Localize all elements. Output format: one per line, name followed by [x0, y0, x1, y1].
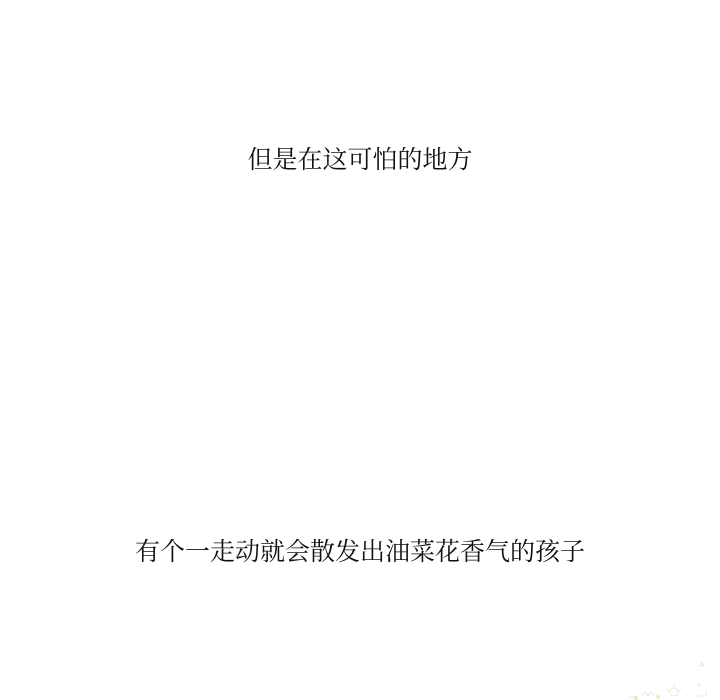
flower-doodle-icon	[622, 630, 712, 700]
caption-bottom: 有个一走动就会散发出油菜花香气的孩子	[0, 537, 720, 567]
comic-panel: 但是在这可怕的地方 有个一走动就会散发出油菜花香气的孩子	[0, 0, 720, 700]
caption-top: 但是在这可怕的地方	[0, 145, 720, 175]
